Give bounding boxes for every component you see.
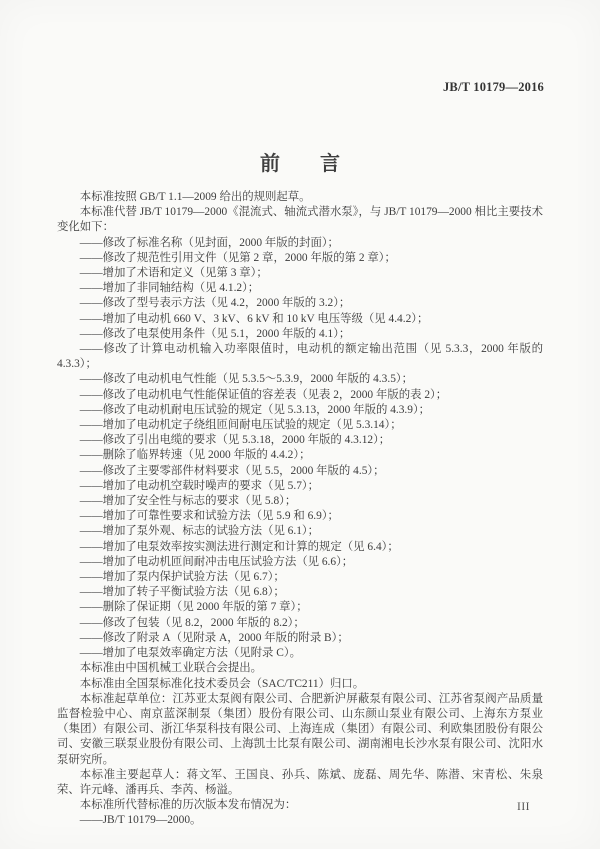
foreword-paragraph: 本标准代替 JB/T 10179—2000《混流式、轴流式潜水泵》，与 JB/T… — [57, 205, 543, 235]
foreword-paragraph: 本标准由中国机械工业联合会提出。 — [57, 661, 543, 676]
standard-document-page: JB/T 10179—2016 前 言 本标准按照 GB/T 1.1—2009 … — [0, 0, 600, 849]
foreword-paragraph: ——增加了电泵效率按实测法进行测定和计算的规定（见 6.4）； — [57, 540, 543, 555]
page-title: 前 言 — [57, 147, 543, 176]
foreword-paragraph: ——修改了型号表示方法（见 4.2，2000 年版的 3.2）； — [57, 296, 543, 311]
foreword-paragraph: ——修改了电动机耐电压试验的规定（见 5.3.13，2000 年版的 4.3.9… — [57, 403, 543, 418]
foreword-paragraph: ——修改了规范性引用文件（见第 2 章，2000 年版的第 2 章）； — [57, 251, 543, 266]
foreword-paragraph: ——增加了术语和定义（见第 3 章）； — [57, 266, 543, 281]
document-code: JB/T 10179—2016 — [443, 80, 544, 95]
foreword-paragraph: ——JB/T 10179—2000。 — [57, 813, 543, 828]
foreword-paragraph: ——增加了非同轴结构（见 4.1.2）； — [57, 281, 543, 296]
foreword-paragraph: ——增加了电泵效率确定方法（见附录 C）。 — [57, 646, 543, 661]
foreword-paragraph: ——增加了电动机空载时噪声的要求（见 5.7）； — [57, 479, 543, 494]
foreword-body: 本标准按照 GB/T 1.1—2009 给出的规则起草。本标准代替 JB/T 1… — [57, 190, 543, 829]
foreword-paragraph: ——修改了引出电缆的要求（见 5.3.18，2000 年版的 4.3.12）； — [57, 433, 543, 448]
foreword-paragraph: ——修改了电动机电气性能保证值的容差表（见表 2，2000 年版的表 2）； — [57, 388, 543, 403]
foreword-paragraph: ——增加了安全性与标志的要求（见 5.8）； — [57, 494, 543, 509]
foreword-paragraph: ——删除了临界转速（见 2000 年版的 4.4.2）； — [57, 448, 543, 463]
foreword-paragraph: 本标准所代替标准的历次版本发布情况为： — [57, 798, 543, 813]
foreword-paragraph: 本标准主要起草人：蒋文军、王国良、孙兵、陈斌、庞磊、周先华、陈潜、宋青松、朱泉荣… — [57, 768, 543, 798]
foreword-paragraph: 本标准按照 GB/T 1.1—2009 给出的规则起草。 — [57, 190, 543, 205]
foreword-paragraph: ——增加了转子平衡试验方法（见 6.8）； — [57, 585, 543, 600]
foreword-paragraph: ——修改了计算电动机输入功率限值时，电动机的额定输出范围（见 5.3.3，200… — [57, 342, 543, 372]
foreword-paragraph: ——增加了电动机定子绕组匝间耐电压试验的规定（见 5.3.14）； — [57, 418, 543, 433]
foreword-paragraph: ——修改了附录 A（见附录 A，2000 年版的附录 B）； — [57, 631, 543, 646]
foreword-paragraph: ——修改了包装（见 8.2，2000 年版的 8.2）； — [57, 616, 543, 631]
foreword-paragraph: ——修改了标准名称（见封面，2000 年版的封面）； — [57, 236, 543, 251]
foreword-paragraph: ——增加了电动机匝间耐冲击电压试验方法（见 6.6）； — [57, 555, 543, 570]
foreword-paragraph: ——增加了泵外观、标志的试验方法（见 6.1）； — [57, 524, 543, 539]
foreword-paragraph: 本标准由全国泵标准化技术委员会（SAC/TC211）归口。 — [57, 677, 543, 692]
foreword-paragraph: 本标准起草单位：江苏亚太泵阀有限公司、合肥新沪屏蔽泵有限公司、江苏省泵阀产品质量… — [57, 692, 543, 768]
foreword-paragraph: ——修改了电动机电气性能（见 5.3.5～5.3.9，2000 年版的 4.3.… — [57, 372, 543, 387]
foreword-paragraph: ——增加了电动机 660 V、3 kV、6 kV 和 10 kV 电压等级（见 … — [57, 312, 543, 327]
page-number: III — [517, 801, 530, 813]
foreword-paragraph: ——增加了泵内保护试验方法（见 6.7）； — [57, 570, 543, 585]
foreword-paragraph: ——修改了电泵使用条件（见 5.1，2000 年版的 4.1）； — [57, 327, 543, 342]
foreword-paragraph: ——修改了主要零部件材料要求（见 5.5，2000 年版的 4.5）； — [57, 464, 543, 479]
foreword-paragraph: ——增加了可靠性要求和试验方法（见 5.9 和 6.9）； — [57, 509, 543, 524]
foreword-paragraph: ——删除了保证期（见 2000 年版的第 7 章）； — [57, 600, 543, 615]
